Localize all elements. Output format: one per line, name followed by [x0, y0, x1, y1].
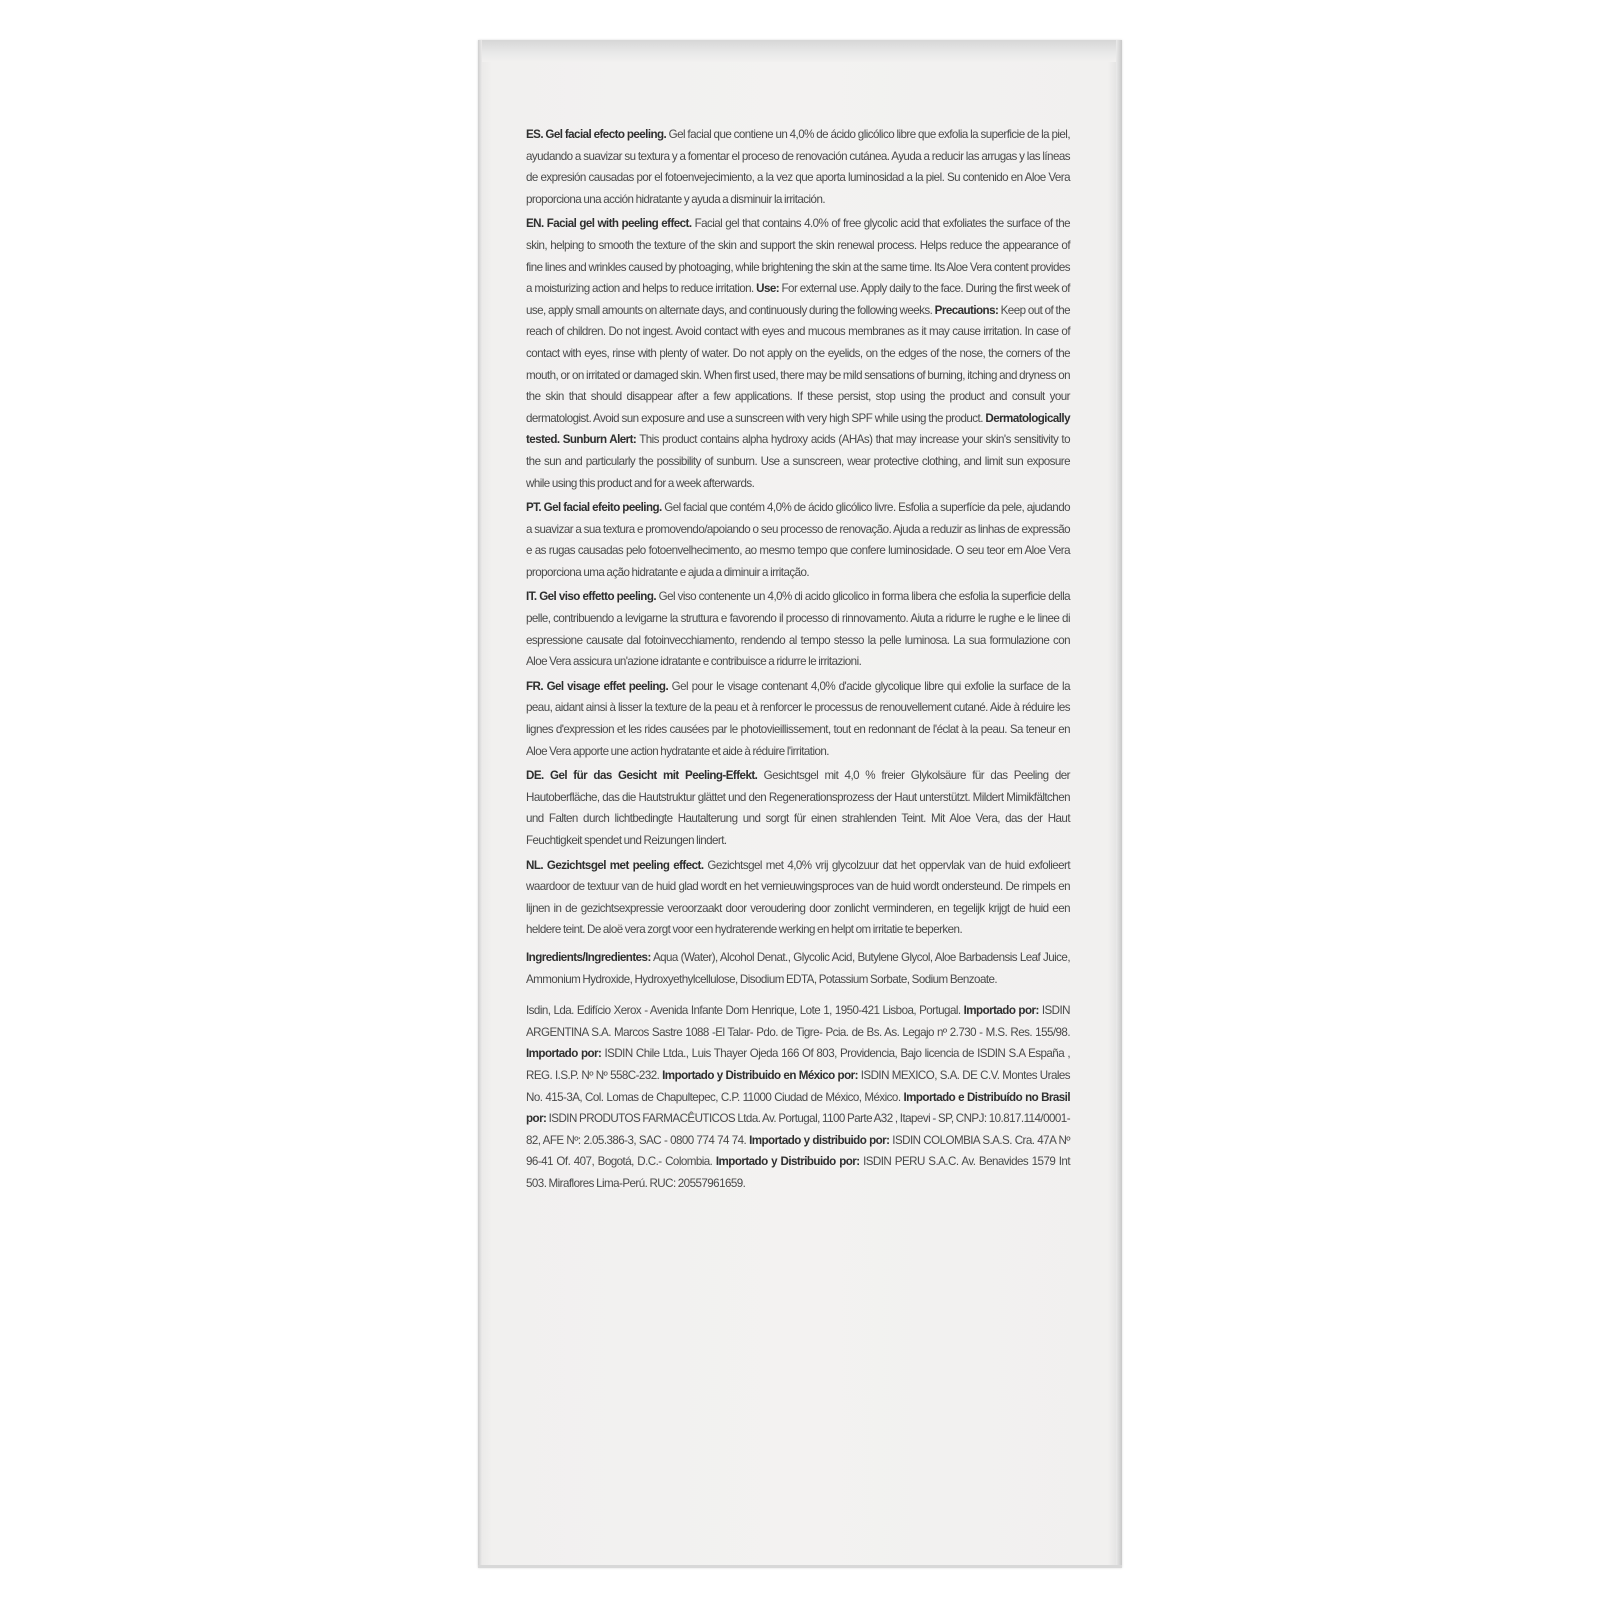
ingredients: Ingredients/Ingredientes: Aqua (Water), … — [526, 947, 1070, 990]
precautions-label: Precautions: — [935, 304, 999, 317]
importer-mexico-label: Importado y Distribuido en México por: — [662, 1069, 858, 1082]
section-en: EN. Facial gel with peeling effect. Faci… — [526, 213, 1070, 494]
ingredients-label: Ingredients/Ingredientes: — [526, 951, 651, 964]
section-es: ES. Gel facial efecto peeling. Gel facia… — [526, 124, 1070, 210]
section-pt: PT. Gel facial efeito peeling. Gel facia… — [526, 497, 1070, 583]
importer-colombia-label: Importado y distribuido por: — [749, 1134, 889, 1147]
section-title: FR. Gel visage effet peeling. — [526, 680, 668, 693]
section-title: IT. Gel viso effetto peeling. — [526, 590, 656, 603]
company-info: Isdin, Lda. Edifício Xerox - Avenida Inf… — [526, 1000, 1070, 1194]
section-title: ES. Gel facial efecto peeling. — [526, 128, 666, 141]
section-title: EN. Facial gel with peeling effect. — [526, 217, 692, 230]
importer-chile-label: Importado por: — [526, 1047, 601, 1060]
box-left-edge — [478, 40, 482, 1568]
section-it: IT. Gel viso effetto peeling. Gel viso c… — [526, 586, 1070, 672]
manufacturer-address: Isdin, Lda. Edifício Xerox - Avenida Inf… — [526, 1004, 964, 1017]
precautions-text: Keep out of the reach of children. Do no… — [526, 304, 1070, 425]
box-right-edge — [1116, 40, 1122, 1568]
use-label: Use: — [756, 282, 779, 295]
section-title: DE. Gel für das Gesicht mit Peeling-Effe… — [526, 769, 757, 782]
importer-argentina-label: Importado por: — [964, 1004, 1039, 1017]
section-title: PT. Gel facial efeito peeling. — [526, 501, 662, 514]
section-de: DE. Gel für das Gesicht mit Peeling-Effe… — [526, 765, 1070, 851]
package-back-panel: ES. Gel facial efecto peeling. Gel facia… — [478, 40, 1122, 1568]
section-nl: NL. Gezichtsgel met peeling effect. Gezi… — [526, 855, 1070, 941]
box-bottom-edge — [478, 1565, 1122, 1568]
section-title: NL. Gezichtsgel met peeling effect. — [526, 859, 704, 872]
box-top-edge — [478, 40, 1122, 62]
importer-peru-label: Importado y Distribuido por: — [716, 1155, 860, 1168]
section-fr: FR. Gel visage effet peeling. Gel pour l… — [526, 676, 1070, 762]
label-text: ES. Gel facial efecto peeling. Gel facia… — [526, 124, 1070, 1198]
